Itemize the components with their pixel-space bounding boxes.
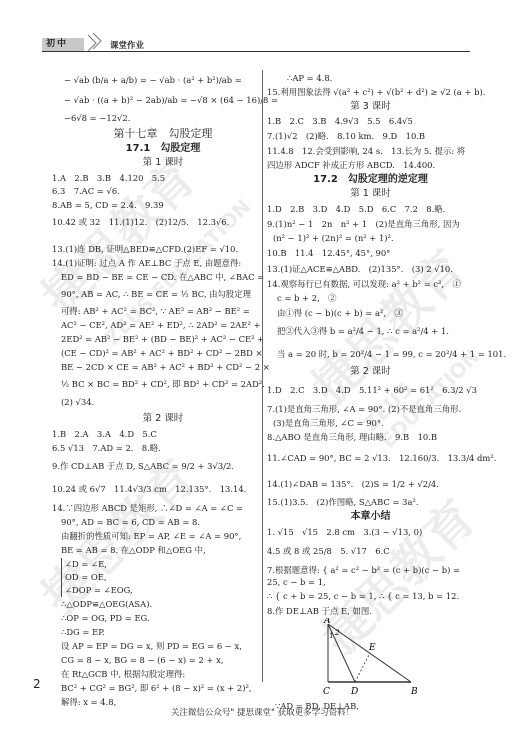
answer-line: ∴DG = EP. bbox=[61, 626, 105, 638]
section-title: 17.2 勾股定理的逆定理 bbox=[263, 174, 478, 186]
answer-line: 8.AB = 5, CD = 2.4. 9.39 bbox=[52, 199, 164, 211]
answer-line: ∴ { c + b = 25, c − b = 1, ∴ { c = 13, b… bbox=[267, 590, 459, 602]
answer-line: 8.作 DE⊥AB 于点 E, 如图. bbox=[267, 605, 372, 617]
answer-line: 6.5 √13 7.AD = 2. 8.略. bbox=[52, 442, 161, 454]
section-title: 17.1 勾股定理 bbox=[58, 143, 268, 155]
answer-line: 1.B 2.C 3.B 4.9√3 5.5 6.4√5 bbox=[267, 115, 413, 127]
answer-line: c = b + 2, ② bbox=[277, 292, 336, 304]
answer-line: ED = BD − BE = CE − CD. 在△ABC 中, ∠BAC = bbox=[61, 271, 264, 283]
answer-line: 由①得 (c − b)(c + b) = a², ③ bbox=[277, 307, 403, 319]
answer-line: 1. √15 √15 2.8 cm 3.(3 − √13, 0) bbox=[267, 526, 422, 538]
double-chevron-icon bbox=[82, 33, 106, 51]
lesson-title: 第 2 课时 bbox=[263, 366, 478, 378]
answer-line: (3)是直角三角形, ∠C = 90°. bbox=[273, 417, 384, 429]
lesson-title: 第 2 课时 bbox=[58, 413, 268, 425]
answer-line: ∠D = ∠E, bbox=[61, 558, 107, 571]
text-line: −6√8 = −12√2. bbox=[64, 112, 130, 124]
answer-line: 14.∵四边形 ABCD 是矩形, ∴∠D = ∠A = ∠C = bbox=[52, 502, 243, 514]
chapter-title: 第十七章 勾股定理 bbox=[58, 128, 268, 140]
answer-line: 14.观察每行已有数据, 可以发现: a² + b² = c², ① bbox=[267, 278, 461, 290]
answer-line: 4.5 或 8 或 25/8 5. √17 6.C bbox=[267, 545, 390, 557]
answer-line: ½ BC × BC = BD² + CD², 即 BD² + CD² = 2AD… bbox=[61, 378, 265, 390]
lesson-title: 第 1 课时 bbox=[263, 188, 478, 200]
fig-label-d: D bbox=[350, 687, 358, 697]
lesson-title: 第 1 课时 bbox=[58, 157, 268, 169]
answer-line: BE = AB = 8. 在△ODP 和△OEG 中, bbox=[61, 544, 206, 556]
answer-line: BC² + CG² = BG², 即 6² + (8 − x)² = (x + … bbox=[61, 682, 252, 694]
svg-text:2: 2 bbox=[334, 629, 340, 637]
answer-line: 15.(1)3.5. (2)作图略, S△ABC = 3a². bbox=[267, 496, 418, 508]
answer-line: 1.B 2.A 3.A 4.D 5.C bbox=[52, 428, 157, 440]
answer-line: 1.D 2.C 3.D 4.D 5.11² + 60² = 61² 6.3/2 … bbox=[267, 384, 477, 396]
answer-line: 把②代入③得 b = a²/4 − 1, ∴ c = a²/4 + 1. bbox=[277, 325, 449, 337]
answer-line: 13.(1)证△ACE≌△ABD. (2)135°. (3) 2 √10. bbox=[267, 263, 453, 275]
answer-line: ∠DOP = ∠EOG, bbox=[61, 584, 133, 597]
text-line: 15.利用图象法得 √(a² + c²) + √(b² + d²) ≥ √2 (… bbox=[267, 86, 485, 98]
page-number: 2 bbox=[33, 677, 41, 691]
header-title: 课堂作业 bbox=[110, 39, 144, 51]
answer-line: 7.根据题意得: { a² = c² − b² = (c + b)(c − b)… bbox=[267, 564, 472, 588]
answer-line: (n² − 1)² + (2n)² = (n² + 1)². bbox=[273, 232, 394, 244]
text-line: − √ab (b/a + a/b) = − √ab · (a² + b²)/ab… bbox=[64, 74, 242, 86]
answer-line: 14.(1)证明: 过点 A 作 AE⊥BC 于点 E, 由题意得: bbox=[52, 257, 241, 269]
svg-text:1: 1 bbox=[329, 632, 333, 640]
answer-line: 2ED² = AB² − BE² + (BD − BE)² + AC² − CE… bbox=[61, 333, 264, 345]
text-line: ∴AP = 4.8. bbox=[287, 72, 332, 84]
summary-title: 本章小结 bbox=[263, 511, 478, 523]
lesson-title: 第 3 课时 bbox=[263, 101, 478, 113]
answer-line: 10.B 11.4 12.45°, 45°, 90° bbox=[267, 247, 390, 259]
answer-line: 9.(1)n² − 1 2n n² + 1 (2)是直角三角形, 因为 bbox=[267, 218, 460, 230]
answer-line: 7.(1)是直角三角形, ∠A = 90°. (2)不是直角三角形. bbox=[267, 403, 461, 415]
answer-line: 在 Rt△GCB 中, 根据勾股定理得: bbox=[61, 668, 185, 680]
answer-line: 13.(1)连 DB, 证明△BED≌△CFD.(2)EF = √10. bbox=[52, 243, 238, 255]
answer-line: 7.(1)√2 (2)略. 8.10 km. 9.D 10.B bbox=[267, 130, 425, 142]
answer-line: 90°, AD = BC = 6, CD = AB = 8. bbox=[61, 516, 200, 528]
answer-line: ∴OP = OG, PD = EG. bbox=[61, 612, 150, 624]
answer-line: 14.(1)∠DAB = 135°. (2)S = 1/2 + √2/4. bbox=[267, 478, 439, 490]
header-rule bbox=[42, 51, 470, 52]
answer-line: BE − 2CD × CE = AB² + AC² + BD² + CD² − … bbox=[61, 361, 270, 373]
fig-label-a: A bbox=[323, 618, 331, 626]
answer-line: 10.24 或 6√7 11.4√3/3 cm 12.135°. 13.14. bbox=[52, 483, 246, 495]
answer-line: 1.D 2.B 3.D 4.D 5.D 6.C 7.2 8.略. bbox=[267, 203, 445, 215]
answer-line: CG = 8 − x, BG = 8 − (6 − x) = 2 + x, bbox=[61, 654, 224, 666]
answer-line: (2) √34. bbox=[61, 396, 94, 408]
answer-line: OD = OE, bbox=[61, 571, 107, 584]
answer-line: 90°, AB = AC, ∴ BE = CE = ½ BC, 由勾股定理 bbox=[61, 288, 251, 300]
right-column: ∴AP = 4.8. 15.利用图象法得 √(a² + c²) + √(b² +… bbox=[262, 70, 477, 682]
header-tag: 初中 bbox=[42, 38, 84, 51]
answer-line: 由翻折的性质可知: EP = AP, ∠E = ∠A = 90°, bbox=[61, 530, 241, 542]
answer-line: ∴△ODP≌△OEG(ASA). bbox=[61, 598, 152, 610]
answer-line: 10.42 或 32 11.(1)12. (2)12/5. 12.3√6. bbox=[52, 216, 229, 228]
answer-line: 1.A 2.B 3.B 4.120 5.5 bbox=[52, 172, 165, 184]
answer-line: 当 a = 20 时, b = 20²/4 − 1 = 99, c = 20²/… bbox=[277, 348, 506, 360]
answer-line: 设 AP = EP = DG = x, 则 PD = EG = 6 − x, bbox=[61, 640, 242, 652]
triangle-figure: A B C D E 1 2 bbox=[318, 618, 418, 698]
answer-line: 6.3 7.AC = √6. bbox=[52, 185, 120, 197]
answer-line: AC² − CE², AD² = AE² + ED², ∴ 2AD² = 2AE… bbox=[61, 319, 261, 331]
answer-line: 可得: AB² + AC² = BC², ∵ AE² = AB² − BE² = bbox=[61, 305, 250, 317]
answer-line: 8.△ABO 是直角三角形, 理由略. 9.B 10.B bbox=[267, 431, 437, 443]
answer-line: 11.4.8 12.会受到影响, 24 s. 13.长为 5. 提示: 将 bbox=[267, 145, 465, 157]
answer-line: 四边形 ADCF 补成正方形 ABCD. 14.400. bbox=[267, 159, 435, 171]
answer-line: (CE − CD)² = AB² + AC² + BD² + CD² − 2BD… bbox=[61, 347, 263, 359]
footer-note: 关注微信公众号" 捷思课堂" 获取更多学习资料！ bbox=[0, 706, 525, 718]
text-line: − √ab · ((a + b)² − 2ab)/ab = −√8 × (64 … bbox=[64, 94, 278, 106]
answer-line: 11.∠CAD = 90°, BC = 2 √13. 12.160/3. 13.… bbox=[267, 452, 496, 464]
fig-label-c: C bbox=[323, 687, 330, 697]
fig-label-e: E bbox=[368, 643, 376, 653]
page-header: 初中 课堂作业 bbox=[42, 33, 470, 51]
answer-line: 9.作 CD⊥AB 于点 D, S△ABC = 9/2 + 3√3/2. bbox=[52, 460, 234, 472]
fig-label-b: B bbox=[410, 687, 418, 697]
